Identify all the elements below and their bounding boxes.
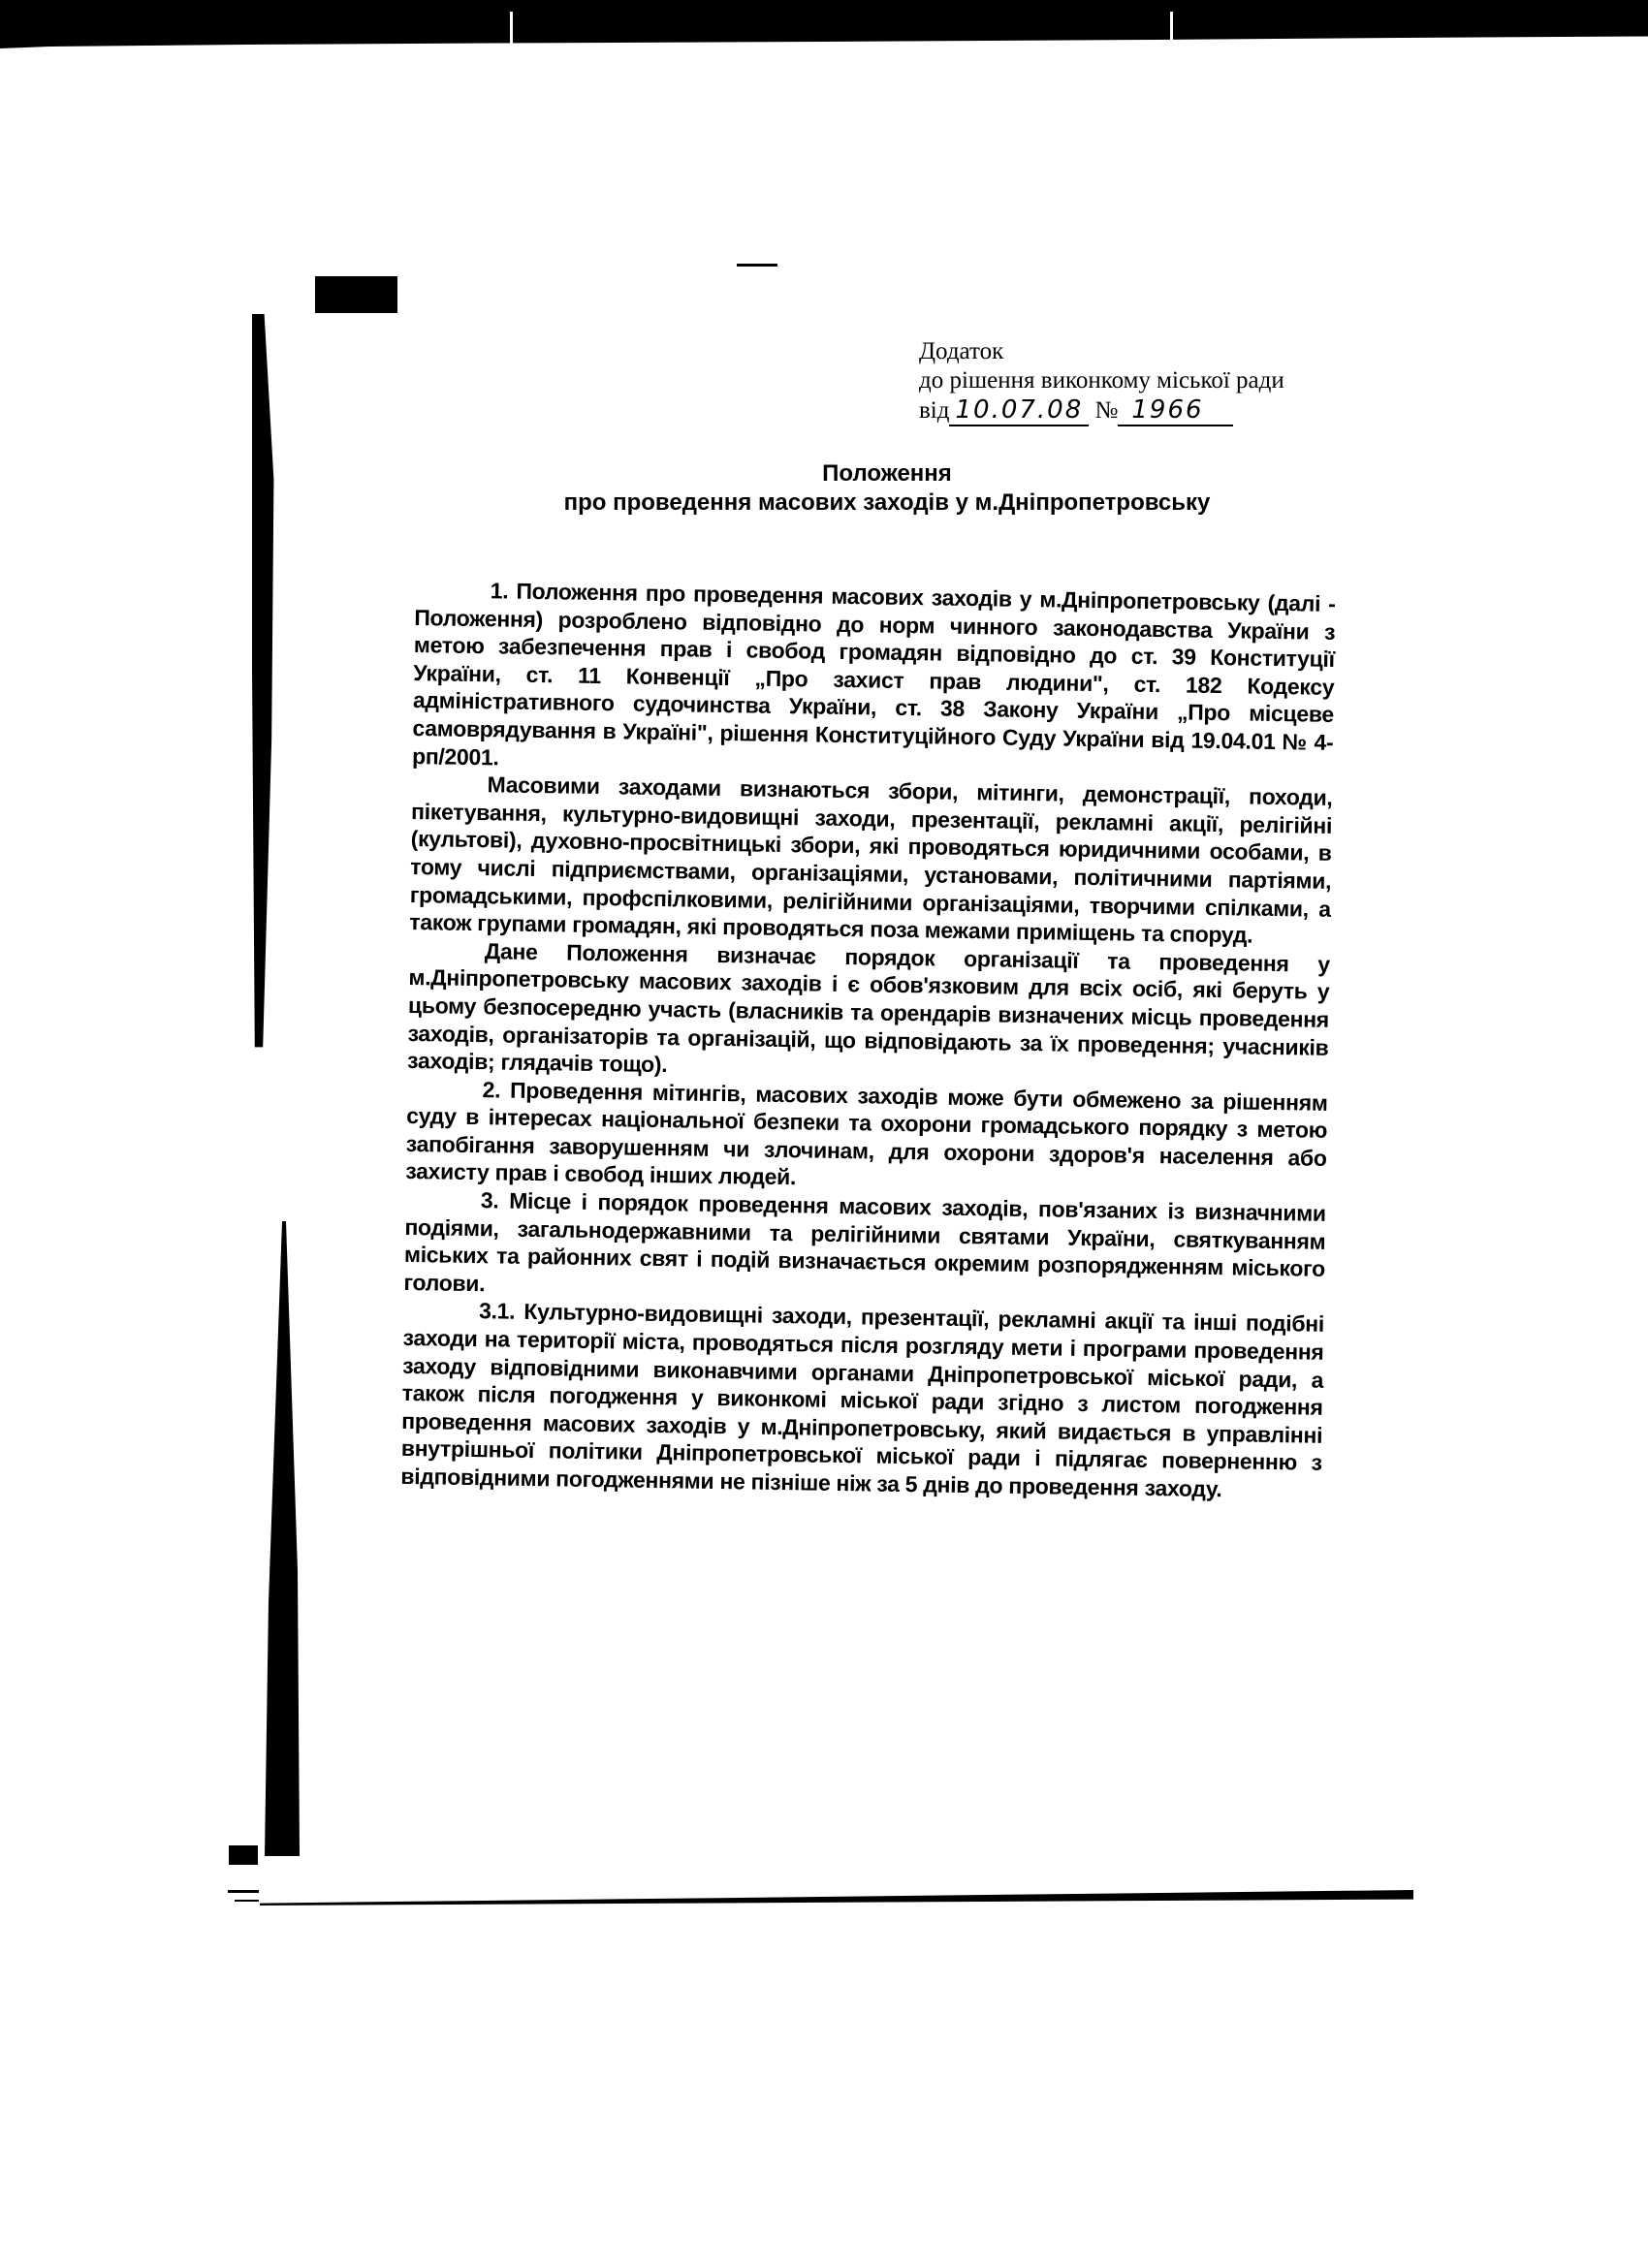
annex-label: Додаток xyxy=(919,337,1284,366)
title-heading: Положення xyxy=(0,459,1648,488)
annex-number-handwritten: 1966 xyxy=(1118,395,1232,426)
document-page: Додаток до рішення виконкому міської рад… xyxy=(0,0,1648,2268)
annex-header: Додаток до рішення виконкому міської рад… xyxy=(919,337,1284,426)
annex-date-handwritten: 10.07.08 xyxy=(949,395,1089,426)
paragraph-1: 1. Положення про проведення масових захо… xyxy=(412,576,1336,784)
paragraph-2: 2. Проведення мітингів, масових заходів … xyxy=(405,1075,1328,1200)
paragraph-scope: Дане Положення визначає порядок організа… xyxy=(407,936,1330,1089)
annex-number-label: № xyxy=(1095,397,1119,424)
annex-date-number-line: від10.07.08 №1966 xyxy=(919,395,1284,426)
annex-from-label: від xyxy=(919,397,949,424)
document-title: Положення про проведення масових заходів… xyxy=(0,459,1648,518)
annex-decision-ref: до рішення виконкому міської ради xyxy=(919,366,1284,395)
paragraph-mass-events-definition: Масовими заходами визнаються збори, міти… xyxy=(409,770,1333,950)
title-subheading: про проведення масових заходів у м.Дніпр… xyxy=(0,488,1648,518)
paragraph-3-1: 3.1. Культурно-видовищні заходи, презент… xyxy=(400,1296,1324,1504)
document-body: 1. Положення про проведення масових захо… xyxy=(400,576,1336,1504)
paragraph-3: 3. Місце і порядок проведення масових за… xyxy=(403,1185,1326,1310)
